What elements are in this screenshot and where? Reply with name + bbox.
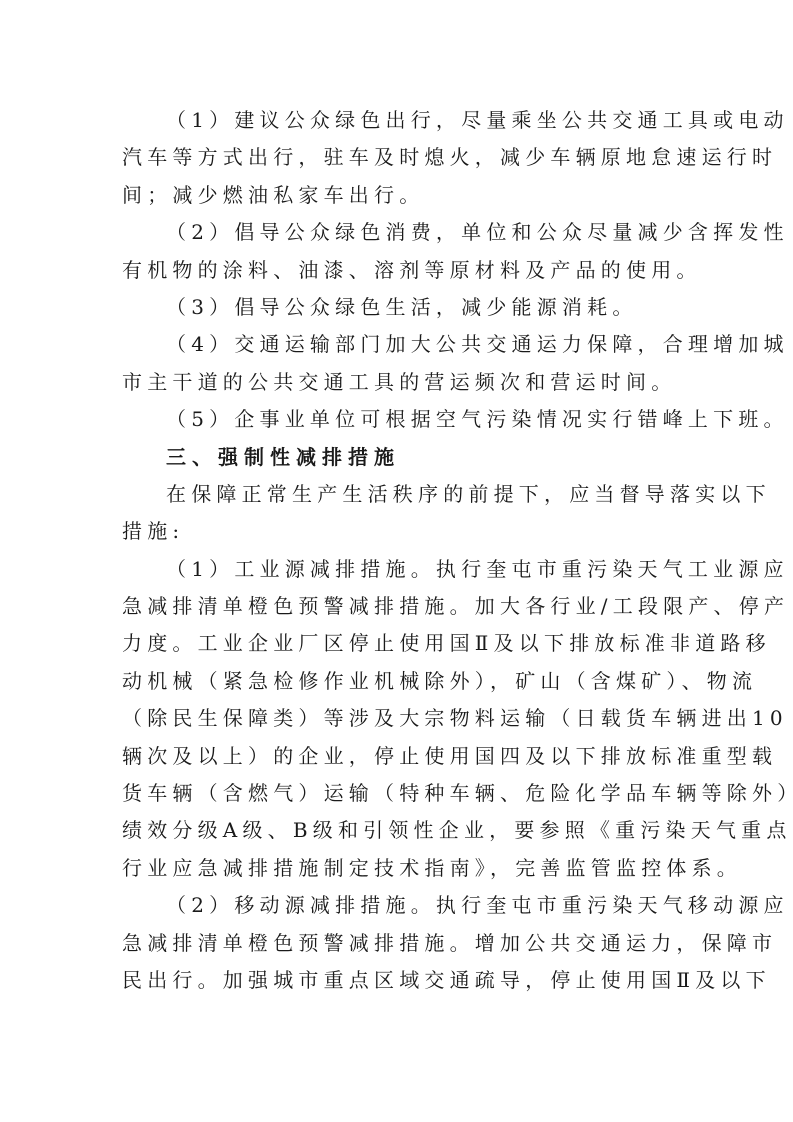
text-line: （2）倡导公众绿色消费，单位和公众尽量减少含挥发性 [122,214,674,251]
section-heading: 三、强制性减排措施 [122,439,674,476]
document-page: （1）建议公众绿色出行，尽量乘坐公共交通工具或电动 汽车等方式出行，驻车及时熄火… [122,102,674,999]
text-line: （除民生保障类）等涉及大宗物料运输（日载货车辆进出10 [122,700,674,737]
text-line: （5）企事业单位可根据空气污染情况实行错峰上下班。 [122,401,674,438]
text-line: 动机械（紧急检修作业机械除外），矿山（含煤矿）、物流 [122,663,674,700]
text-line: 急减排清单橙色预警减排措施。加大各行业/工段限产、停产 [122,588,674,625]
text-line: 辆次及以上）的企业，停止使用国四及以下排放标准重型载 [122,738,674,775]
text-line: 汽车等方式出行，驻车及时熄火，减少车辆原地怠速运行时 [122,139,674,176]
text-line: 行业应急减排措施制定技术指南》，完善监管监控体系。 [122,850,674,887]
text-line: 绩效分级A级、B级和引领性企业，要参照《重污染天气重点 [122,812,674,849]
text-line: 民出行。加强城市重点区域交通疏导，停止使用国Ⅱ及以下 [122,962,674,999]
text-line: 市主干道的公共交通工具的营运频次和营运时间。 [122,364,674,401]
text-line: （1）建议公众绿色出行，尽量乘坐公共交通工具或电动 [122,102,674,139]
text-line: 有机物的涂料、油漆、溶剂等原材料及产品的使用。 [122,252,674,289]
text-line: （1）工业源减排措施。执行奎屯市重污染天气工业源应 [122,551,674,588]
text-line: 货车辆（含燃气）运输（特种车辆、危险化学品车辆等除外）。 [122,775,674,812]
text-line: 力度。工业企业厂区停止使用国Ⅱ及以下排放标准非道路移 [122,625,674,662]
text-line: （3）倡导公众绿色生活，减少能源消耗。 [122,289,674,326]
text-line: 在保障正常生产生活秩序的前提下，应当督导落实以下 [122,476,674,513]
text-line: 措施: [122,513,674,550]
text-line: （4）交通运输部门加大公共交通运力保障，合理增加城 [122,326,674,363]
text-line: 急减排清单橙色预警减排措施。增加公共交通运力，保障市 [122,925,674,962]
text-line: （2）移动源减排措施。执行奎屯市重污染天气移动源应 [122,887,674,924]
text-line: 间；减少燃油私家车出行。 [122,177,674,214]
